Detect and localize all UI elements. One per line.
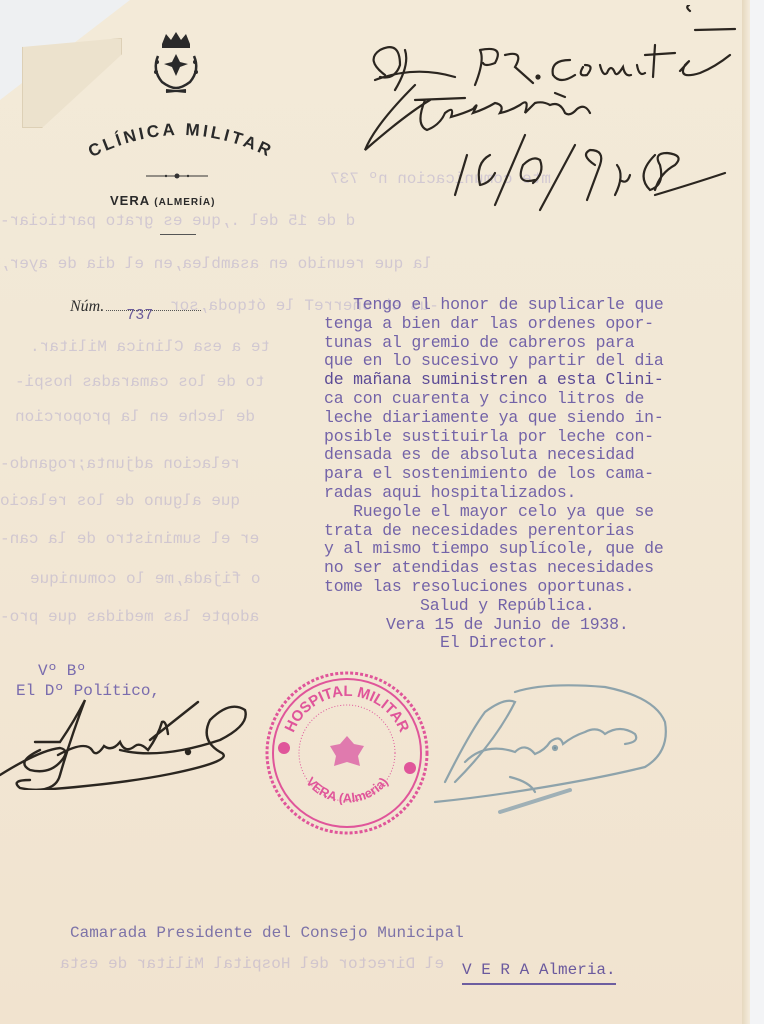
body-line: tunas al gremio de cabreros para bbox=[324, 334, 744, 353]
director-signature bbox=[425, 672, 695, 832]
handwritten-annotation bbox=[355, 5, 745, 225]
bleed-through-text: to de los camaradas hospi- bbox=[15, 373, 265, 391]
body-line: tome las resoluciones oportunas. bbox=[324, 578, 744, 597]
bleed-through-text: adopte las medidas que pro- bbox=[0, 608, 259, 626]
body-line: no ser atendidas estas necesidades bbox=[324, 559, 744, 578]
letter-body: Tengo el honor de suplicarle quetenga a … bbox=[324, 296, 744, 653]
body-line: de mañana suministren a esta Clini- bbox=[324, 371, 744, 390]
bleed-through-text: de leche en la proporcion bbox=[15, 408, 255, 426]
signer-title: El Director. bbox=[324, 634, 744, 653]
bleed-through-text: la que reunido en asamblea,en el dia de … bbox=[0, 255, 432, 273]
addressee-city: V E R A Almeria. bbox=[462, 961, 616, 985]
reference-number: Núm.737 bbox=[70, 298, 201, 316]
body-line: posible sustituirla por leche con- bbox=[324, 428, 744, 447]
body-line: trata de necesidades perentorias bbox=[324, 522, 744, 541]
body-line: que en lo sucesivo y partir del dia bbox=[324, 352, 744, 371]
background bbox=[750, 0, 764, 1024]
bleed-through-text: er el suministro de la can- bbox=[0, 530, 259, 548]
body-line: Ruegole el mayor celo ya que se bbox=[324, 503, 744, 522]
ornament-divider bbox=[146, 166, 208, 172]
bleed-through-text: d de 15 del .,que es grato particiar- bbox=[0, 212, 355, 230]
place-and-date: Vera 15 de Junio de 1938. bbox=[324, 616, 744, 635]
closing-salutation: Salud y República. bbox=[324, 597, 744, 616]
body-line: ca con cuarenta y cinco litros de bbox=[324, 390, 744, 409]
number-value: 737 bbox=[126, 307, 153, 324]
addressee-name: Camarada Presidente del Consejo Municipa… bbox=[70, 924, 464, 942]
bleed-through-text: relacion adjunta;rogando- bbox=[0, 455, 240, 473]
body-line: densada es de absoluta necesidad bbox=[324, 446, 744, 465]
svg-text:HOSPITAL MILITAR: HOSPITAL MILITAR bbox=[282, 683, 413, 735]
body-line: y al mismo tiempo suplícole, que de bbox=[324, 540, 744, 559]
letterhead-location: VERA (ALMERÍA) bbox=[110, 193, 215, 208]
hospital-stamp: HOSPITAL MILITAR VERA (Almeria) bbox=[262, 668, 432, 838]
letterhead-city: VERA bbox=[110, 193, 150, 208]
bleed-through-text: te a esa Clinica Militar. bbox=[30, 338, 270, 356]
svg-text:VERA (Almeria): VERA (Almeria) bbox=[303, 774, 391, 806]
bleed-through-text: el Director del Hospital Militar de esta bbox=[60, 955, 444, 973]
svg-text:CLÍNICA MILITAR: CLÍNICA MILITAR bbox=[85, 120, 276, 161]
approval-line: Vº Bº bbox=[16, 661, 160, 681]
letterhead-province: (ALMERÍA) bbox=[154, 197, 215, 208]
bleed-through-text: que alguno de los relacio bbox=[0, 492, 240, 510]
political-delegate-signature bbox=[0, 680, 260, 790]
bleed-through-text: o fijada,me lo comunique bbox=[30, 570, 260, 588]
body-line: radas aqui hospitalizados. bbox=[324, 484, 744, 503]
body-line: Tengo el honor de suplicarle que bbox=[324, 296, 744, 315]
body-line: leche diariamente ya que siendo in- bbox=[324, 409, 744, 428]
ornament-divider-small bbox=[160, 234, 196, 238]
body-line: para el sostenimiento de los cama- bbox=[324, 465, 744, 484]
number-label: Núm. bbox=[70, 298, 104, 315]
coat-of-arms-icon bbox=[148, 30, 204, 96]
body-line: tenga a bien dar las ordenes opor- bbox=[324, 315, 744, 334]
